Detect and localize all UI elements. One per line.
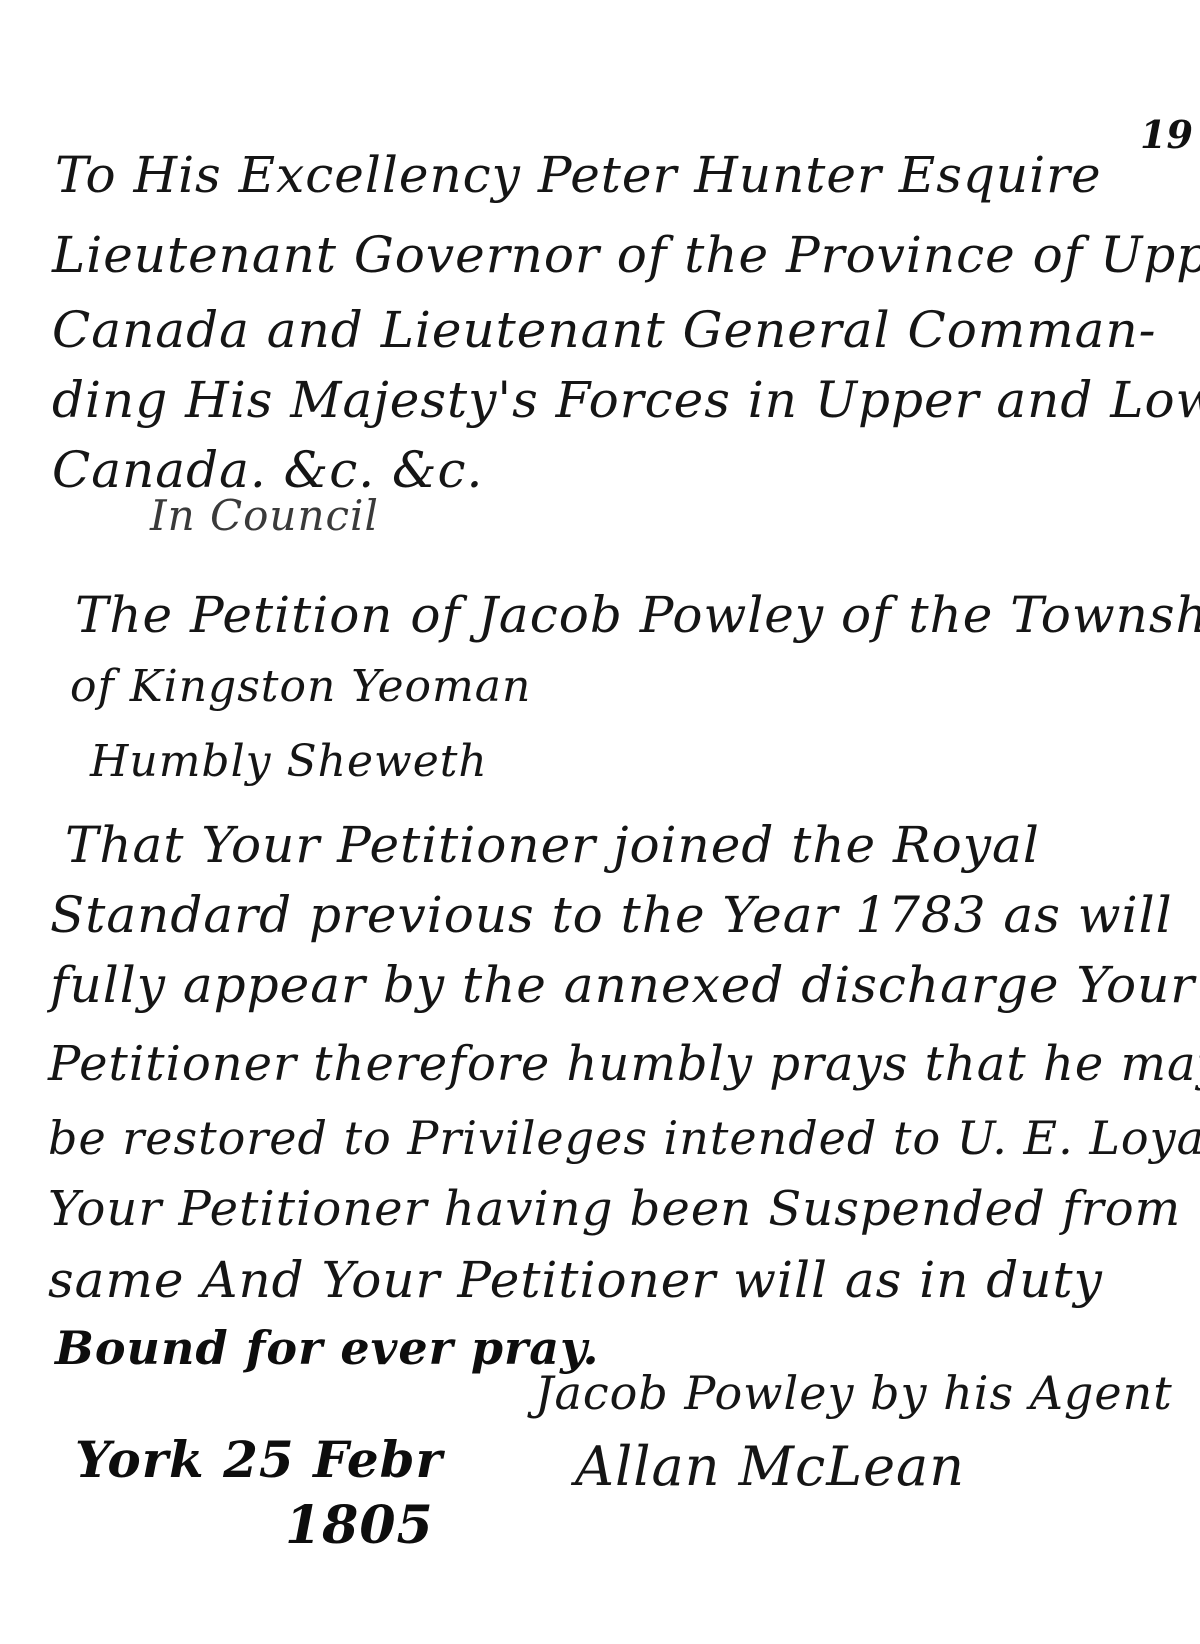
body-line-1: That Your Petitioner joined the Royal (65, 820, 1040, 870)
petition-heading-line-1: The Petition of Jacob Powley of the Town… (75, 590, 1200, 640)
body-line-7: same And Your Petitioner will as in duty (48, 1255, 1103, 1305)
body-line-3: fully appear by the annexed discharge Yo… (50, 960, 1195, 1010)
address-line-6: In Council (150, 495, 379, 537)
dateline-place-day-month: York 25 Febr (75, 1435, 443, 1485)
body-line-8: Bound for ever pray. (55, 1325, 600, 1371)
dateline-year: 1805 (285, 1500, 434, 1552)
address-line-4: ding His Majesty's Forces in Upper and L… (52, 375, 1200, 425)
address-line-1: To His Excellency Peter Hunter Esquire (55, 150, 1102, 200)
salutation: Humbly Sheweth (90, 740, 488, 784)
body-line-6: Your Petitioner having been Suspended fr… (48, 1185, 1200, 1233)
address-line-2: Lieutenant Governor of the Province of U… (52, 230, 1200, 280)
petition-heading-line-2: of Kingston Yeoman (70, 665, 531, 709)
address-line-5: Canada. &c. &c. (52, 445, 483, 495)
folio-number: 19 (1140, 112, 1193, 157)
address-line-3: Canada and Lieutenant General Comman- (52, 305, 1157, 355)
signature-agent-name: Allan McLean (575, 1440, 965, 1494)
body-line-4: Petitioner therefore humbly prays that h… (48, 1040, 1200, 1088)
signature-line-1: Jacob Powley by his Agent (535, 1370, 1173, 1416)
body-line-5: be restored to Privileges intended to U.… (48, 1115, 1200, 1161)
body-line-2: Standard previous to the Year 1783 as wi… (50, 890, 1173, 940)
petition-page: 19 To His Excellency Peter Hunter Esquir… (0, 0, 1200, 1644)
